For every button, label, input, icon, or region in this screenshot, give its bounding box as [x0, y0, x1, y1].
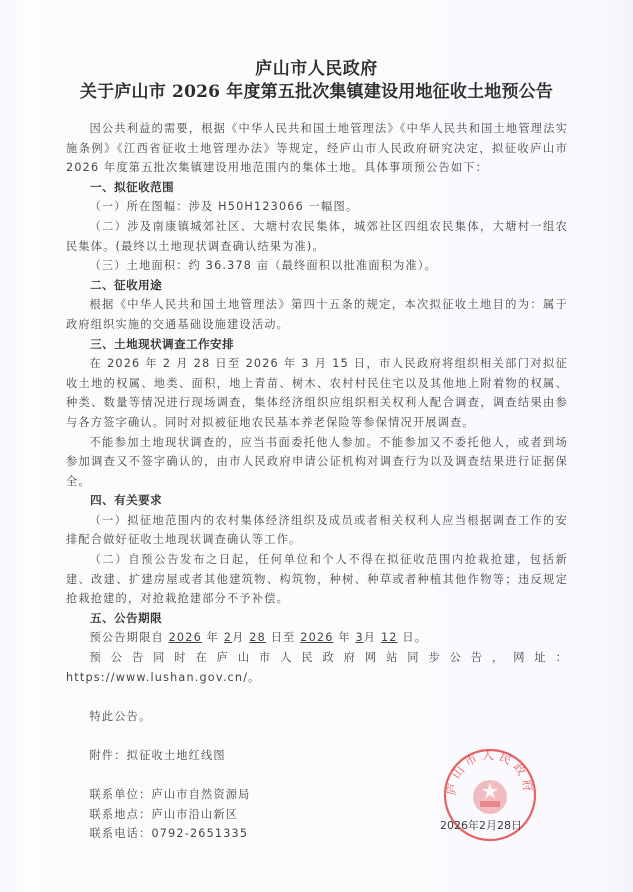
section-heading-3: 三、土地现状调查工作安排 [66, 335, 568, 355]
section-heading-1: 一、拟征收范围 [66, 178, 568, 198]
document-page: 庐山市人民政府 关于庐山市 2026 年度第五批次集镇建设用地征收土地预公告 因… [0, 0, 633, 892]
end-year: 2026 [300, 631, 333, 644]
signing-date: 2026年2月28日 [440, 817, 522, 833]
start-year: 2026 [169, 631, 202, 644]
notice-title: 关于庐山市 2026 年度第五批次集镇建设用地征收土地预公告 [0, 77, 633, 102]
website-notice: 预公告同时在庐山市人民政府网站同步公告，网址：https://www.lusha… [66, 648, 568, 687]
section-4-item-2: （二）自预公告发布之日起，任何单位和个人不得在拟征收范围内抢栽抢建，包括新建、改… [66, 550, 568, 609]
section-heading-2: 二、征收用途 [66, 276, 568, 296]
section-heading-5: 五、公告期限 [66, 609, 568, 629]
end-month: 3 [355, 631, 363, 644]
section-1-item-1: （一）所在图幅：涉及 H50H123066 一幅图。 [66, 197, 568, 217]
section-2-paragraph: 根据《中华人民共和国土地管理法》第四十五条的规定，本次拟征收土地目的为：属于政府… [66, 295, 568, 334]
end-day: 12 [381, 631, 398, 644]
section-1-item-2: （二）涉及南康镇城郊社区、大塘村农民集体，城郊社区四组农民集体，大塘村一组农民集… [66, 217, 568, 256]
section-4-item-1: （一）拟征地范围内的农村集体经济组织及成员或者相关权利人应当根据调查工作的安排配… [66, 511, 568, 550]
issuer-title: 庐山市人民政府 [0, 54, 633, 79]
section-3-paragraph-1: 在 2026 年 2 月 28 日至 2026 年 3 月 15 日，市人民政府… [66, 354, 568, 432]
notice-period: 预公告期限自 2026 年 2月 28 日至 2026 年 3月 12 日。 [66, 628, 568, 648]
start-day: 28 [249, 631, 266, 644]
intro-paragraph: 因公共利益的需要，根据《中华人民共和国土地管理法》《中华人民共和国土地管理法实施… [66, 119, 568, 178]
section-1-item-3: （三）土地面积：约 36.378 亩（最终面积以批准面积为准）。 [66, 256, 568, 276]
section-heading-4: 四、有关要求 [66, 491, 568, 511]
notice-body: 因公共利益的需要，根据《中华人民共和国土地管理法》《中华人民共和国土地管理法实施… [66, 119, 568, 844]
section-3-paragraph-2: 不能参加土地现状调查的，应当书面委托他人参加。不能参加又不委托他人，或者到场参加… [66, 433, 568, 492]
closing-line: 特此公告。 [66, 707, 568, 727]
start-month: 2 [224, 631, 232, 644]
